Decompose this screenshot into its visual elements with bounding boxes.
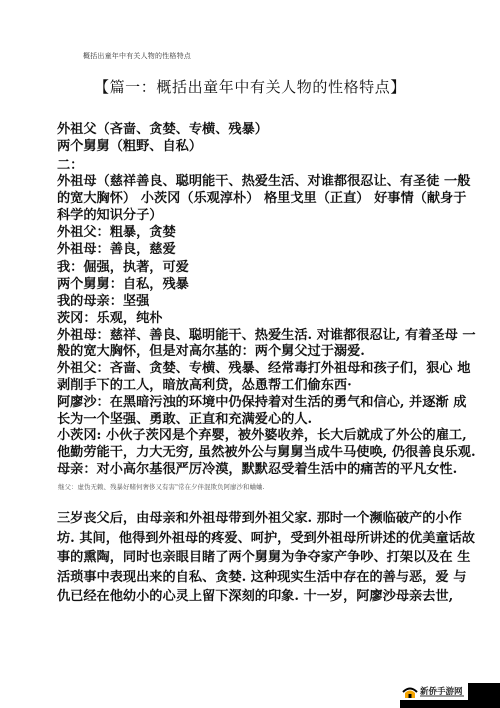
text-line: 科学的知识分子） — [57, 208, 457, 225]
text-line: 外祖母：慈祥、善良、聪明能干、热爱生活. 对谁都很忍让, 有着圣母 一 — [57, 328, 457, 345]
text-line: 的宽大胸怀） 小茨冈（乐观淳朴） 格里戈里（正直） 好事情（献身于 — [57, 191, 457, 208]
text-line: 长为一个坚强、勇敢、正直和充满爱心的人. — [57, 412, 457, 429]
text-line: 他勤劳能干，力大无穷, 虽然被外公与舅舅当成牛马使唤, 仍很善良乐观. — [57, 445, 457, 462]
text-line: 坊. 其间，他得到外祖母的疼爱、呵护，受到外祖母所讲述的优美童话故 — [57, 529, 457, 549]
header-note: 概括出童年中有关人物的性格特点 — [83, 51, 191, 61]
character-traits-list: 外祖父（吝啬、贪婪、专横、残暴） 两个舅舅（粗野、自私） 二： 外祖母（慈祥善良… — [57, 122, 457, 479]
stepfather-note: 继父：虚伪无赖、残暴好赌何奢侈又有害"常在夕伴混欺负阿廖沙和蛐蛐. — [58, 482, 265, 491]
text-line: 外祖母：善良，慈爱 — [57, 242, 457, 259]
text-line: 外祖父：吝啬、贪婪、专横、残暴、经常毒打外祖母和孩子们，狠心 地 — [57, 361, 457, 378]
text-line: 母亲：对小高尔基很严厉冷漠，默默忍受着生活中的痛苦的平凡女性. — [57, 462, 457, 479]
text-line: 外祖母（慈祥善良、聪明能干、热爱生活、对谁都很忍让、有圣徒 一般 — [57, 174, 457, 191]
text-line: 般的宽大胸怀，但是对高尔基的：两个舅父过于溺爱. — [57, 344, 457, 361]
watermark-subtext — [420, 695, 464, 697]
text-line: 剥削手下的工人，暗放高利贷，怂恿帮工们偷东西· — [57, 378, 457, 395]
house-logo-icon — [402, 684, 418, 698]
text-line: 茨冈：乐观，纯朴 — [57, 311, 457, 328]
text-line: 二： — [57, 158, 457, 175]
text-line: 两个舅舅：自私，残暴 — [57, 277, 457, 294]
text-line: 阿廖沙：在黑暗污浊的环境中仍保持着对生活的勇气和信心, 并逐渐 成 — [57, 395, 457, 412]
text-line: 小茨冈: 小伙子茨冈是个弃婴，被外婆收养，长大后就成了外公的雇工, — [57, 428, 457, 445]
document-title: 【篇一：概括出童年中有关人物的性格特点】 — [0, 76, 500, 97]
text-line: 三岁丧父后，由母亲和外祖母带到外祖父家. 那时一个濒临破产的小作 — [57, 509, 457, 529]
watermark-logo: 新侨手游网 — [400, 682, 468, 700]
text-line: 活琐事中表现出来的自私、贪婪. 这种现实生活中存在的善与恶，爱 与 — [57, 568, 457, 588]
biography-paragraph: 三岁丧父后，由母亲和外祖母带到外祖父家. 那时一个濒临破产的小作 坊. 其间，他… — [57, 509, 457, 607]
text-line: 外祖父（吝啬、贪婪、专横、残暴） — [57, 122, 457, 139]
text-line: 我：倔强，执著，可爱 — [57, 260, 457, 277]
text-line: 外祖父：粗暴，贪婪 — [57, 225, 457, 242]
text-line: 两个舅舅（粗野、自私） — [57, 139, 457, 156]
text-line: 事的熏陶，同时也亲眼目睹了两个舅舅为争夺家产争吵、打架以及在 生 — [57, 548, 457, 568]
text-line: 我的母亲：坚强 — [57, 294, 457, 311]
text-line: 仇已经在他幼小的心灵上留下深刻的印象. 十一岁，阿廖沙母亲去世, — [57, 587, 457, 607]
